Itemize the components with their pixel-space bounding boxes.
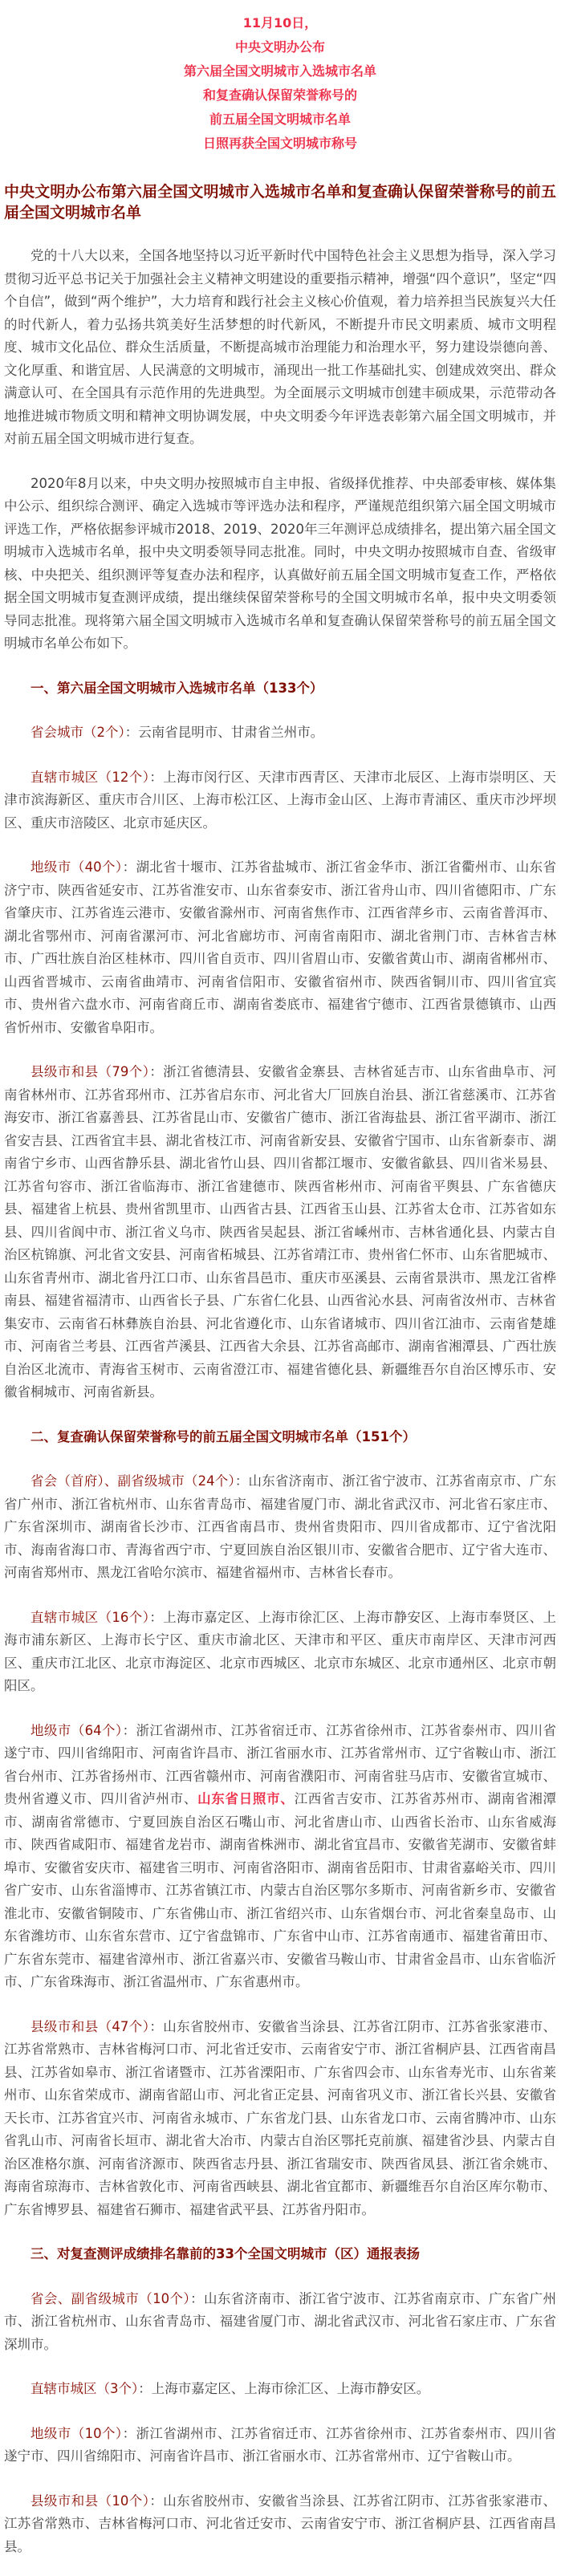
group-label: 直辖市城区（3个） [30,2381,138,2396]
section-heading-1: 一、第六届全国文明城市入选城市名单（133个） [4,677,556,701]
group-text: 江西省吉安市、江苏省苏州市、湖南省湘潭市、湖南省常德市、宁夏回族自治区石嘴山市、… [4,1791,556,1989]
highlight-city-rizhao: 山东省日照市、 [197,1791,295,1806]
city-group: 省会、副省级城市（10个）：山东省济南市、浙江省宁波市、江苏省南京市、广东省广州… [4,2288,556,2357]
intro-line: 11月10日， [4,11,556,35]
city-group: 直辖市城区（12个）：上海市闵行区、天津市西青区、天津市北辰区、上海市崇明区、天… [4,766,556,835]
section-heading-3: 三、对复查测评成绩排名靠前的33个全国文明城市（区）通报表扬 [4,2243,556,2266]
city-group: 县级市和县（79个）：浙江省德清县、安徽省金寨县、吉林省延吉市、山东省曲阜市、河… [4,1061,556,1404]
city-group: 省会（首府）、副省级城市（24个）：山东省济南市、浙江省宁波市、江苏省南京市、广… [4,1470,556,1585]
city-group: 县级市和县（47个）：山东省胶州市、安徽省当涂县、江苏省江阴市、江苏省张家港市、… [4,2016,556,2222]
group-label: 县级市和县（47个） [30,2019,149,2034]
group-text: ：浙江省德清县、安徽省金寨县、吉林省延吉市、山东省曲阜市、河南省林州市、江苏省邳… [4,1064,556,1400]
city-group: 直辖市城区（16个）：上海市嘉定区、上海市徐汇区、上海市静安区、上海市奉贤区、上… [4,1607,556,1698]
intro-line: 第六届全国文明城市入选城市名单 [4,59,556,83]
intro-block: 11月10日， 中央文明办公布 第六届全国文明城市入选城市名单 和复查确认保留荣… [4,11,556,156]
intro-line: 日照再获全国文明城市称号 [4,132,556,156]
paragraph: 2020年8月以来，中央文明办按照城市自主申报、省级择优推荐、中央部委审核、媒体… [4,473,556,656]
city-group: 县级市和县（10个）：山东省胶州市、安徽省当涂县、江苏省江阴市、江苏省张家港市、… [4,2490,556,2559]
article-page: 11月10日， 中央文明办公布 第六届全国文明城市入选城市名单 和复查确认保留荣… [0,0,561,2576]
group-label: 省会（首府）、副省级城市（24个） [30,1473,235,1489]
group-label: 县级市和县（79个） [30,1064,149,1079]
group-label: 省会城市（2个） [30,725,125,740]
section-heading-2: 二、复查确认保留荣誉称号的前五届全国文明城市名单（151个） [4,1426,556,1449]
group-text: ：上海市嘉定区、上海市徐汇区、上海市静安区。 [138,2381,429,2396]
group-label: 直辖市城区（16个） [30,1610,149,1625]
intro-line: 和复查确认保留荣誉称号的 [4,83,556,108]
city-group: 地级市（64个）：浙江省湖州市、江苏省宿迁市、江苏省徐州市、江苏省泰州市、四川省… [4,1720,556,1994]
group-label: 县级市和县（10个） [30,2493,149,2509]
city-group: 地级市（10个）：浙江省湖州市、江苏省宿迁市、江苏省徐州市、江苏省泰州市、四川省… [4,2423,556,2468]
city-group: 省会城市（2个）：云南省昆明市、甘肃省兰州市。 [4,721,556,745]
article-title: 中央文明办公布第六届全国文明城市入选城市名单和复查确认保留荣誉称号的前五届全国文… [4,181,556,223]
group-label: 地级市（40个） [30,859,123,875]
group-label: 直辖市城区（12个） [30,770,149,785]
group-label: 省会、副省级城市（10个） [30,2291,190,2306]
city-group: 直辖市城区（3个）：上海市嘉定区、上海市徐汇区、上海市静安区。 [4,2378,556,2401]
group-label: 地级市（10个） [30,2426,123,2441]
paragraph: 党的十八大以来，全国各地坚持以习近平新时代中国特色社会主义思想为指导，深入学习贯… [4,245,556,451]
intro-line: 前五届全国文明城市名单 [4,108,556,132]
group-text: ：山东省胶州市、安徽省当涂县、江苏省江阴市、江苏省张家港市、江苏省常熟市、吉林省… [4,2019,556,2217]
city-group: 地级市（40个）：湖北省十堰市、江苏省盐城市、浙江省金华市、浙江省衢州市、山东省… [4,856,556,1039]
group-text: ：山东省济南市、浙江省宁波市、江苏省南京市、广东省广州市、浙江省杭州市、山东省青… [4,1473,556,1580]
group-label: 地级市（64个） [30,1723,123,1738]
group-text: ：云南省昆明市、甘肃省兰州市。 [125,725,324,740]
group-text: ：湖北省十堰市、江苏省盐城市、浙江省金华市、浙江省衢州市、山东省济宁市、陕西省延… [4,859,556,1035]
intro-line: 中央文明办公布 [4,35,556,59]
